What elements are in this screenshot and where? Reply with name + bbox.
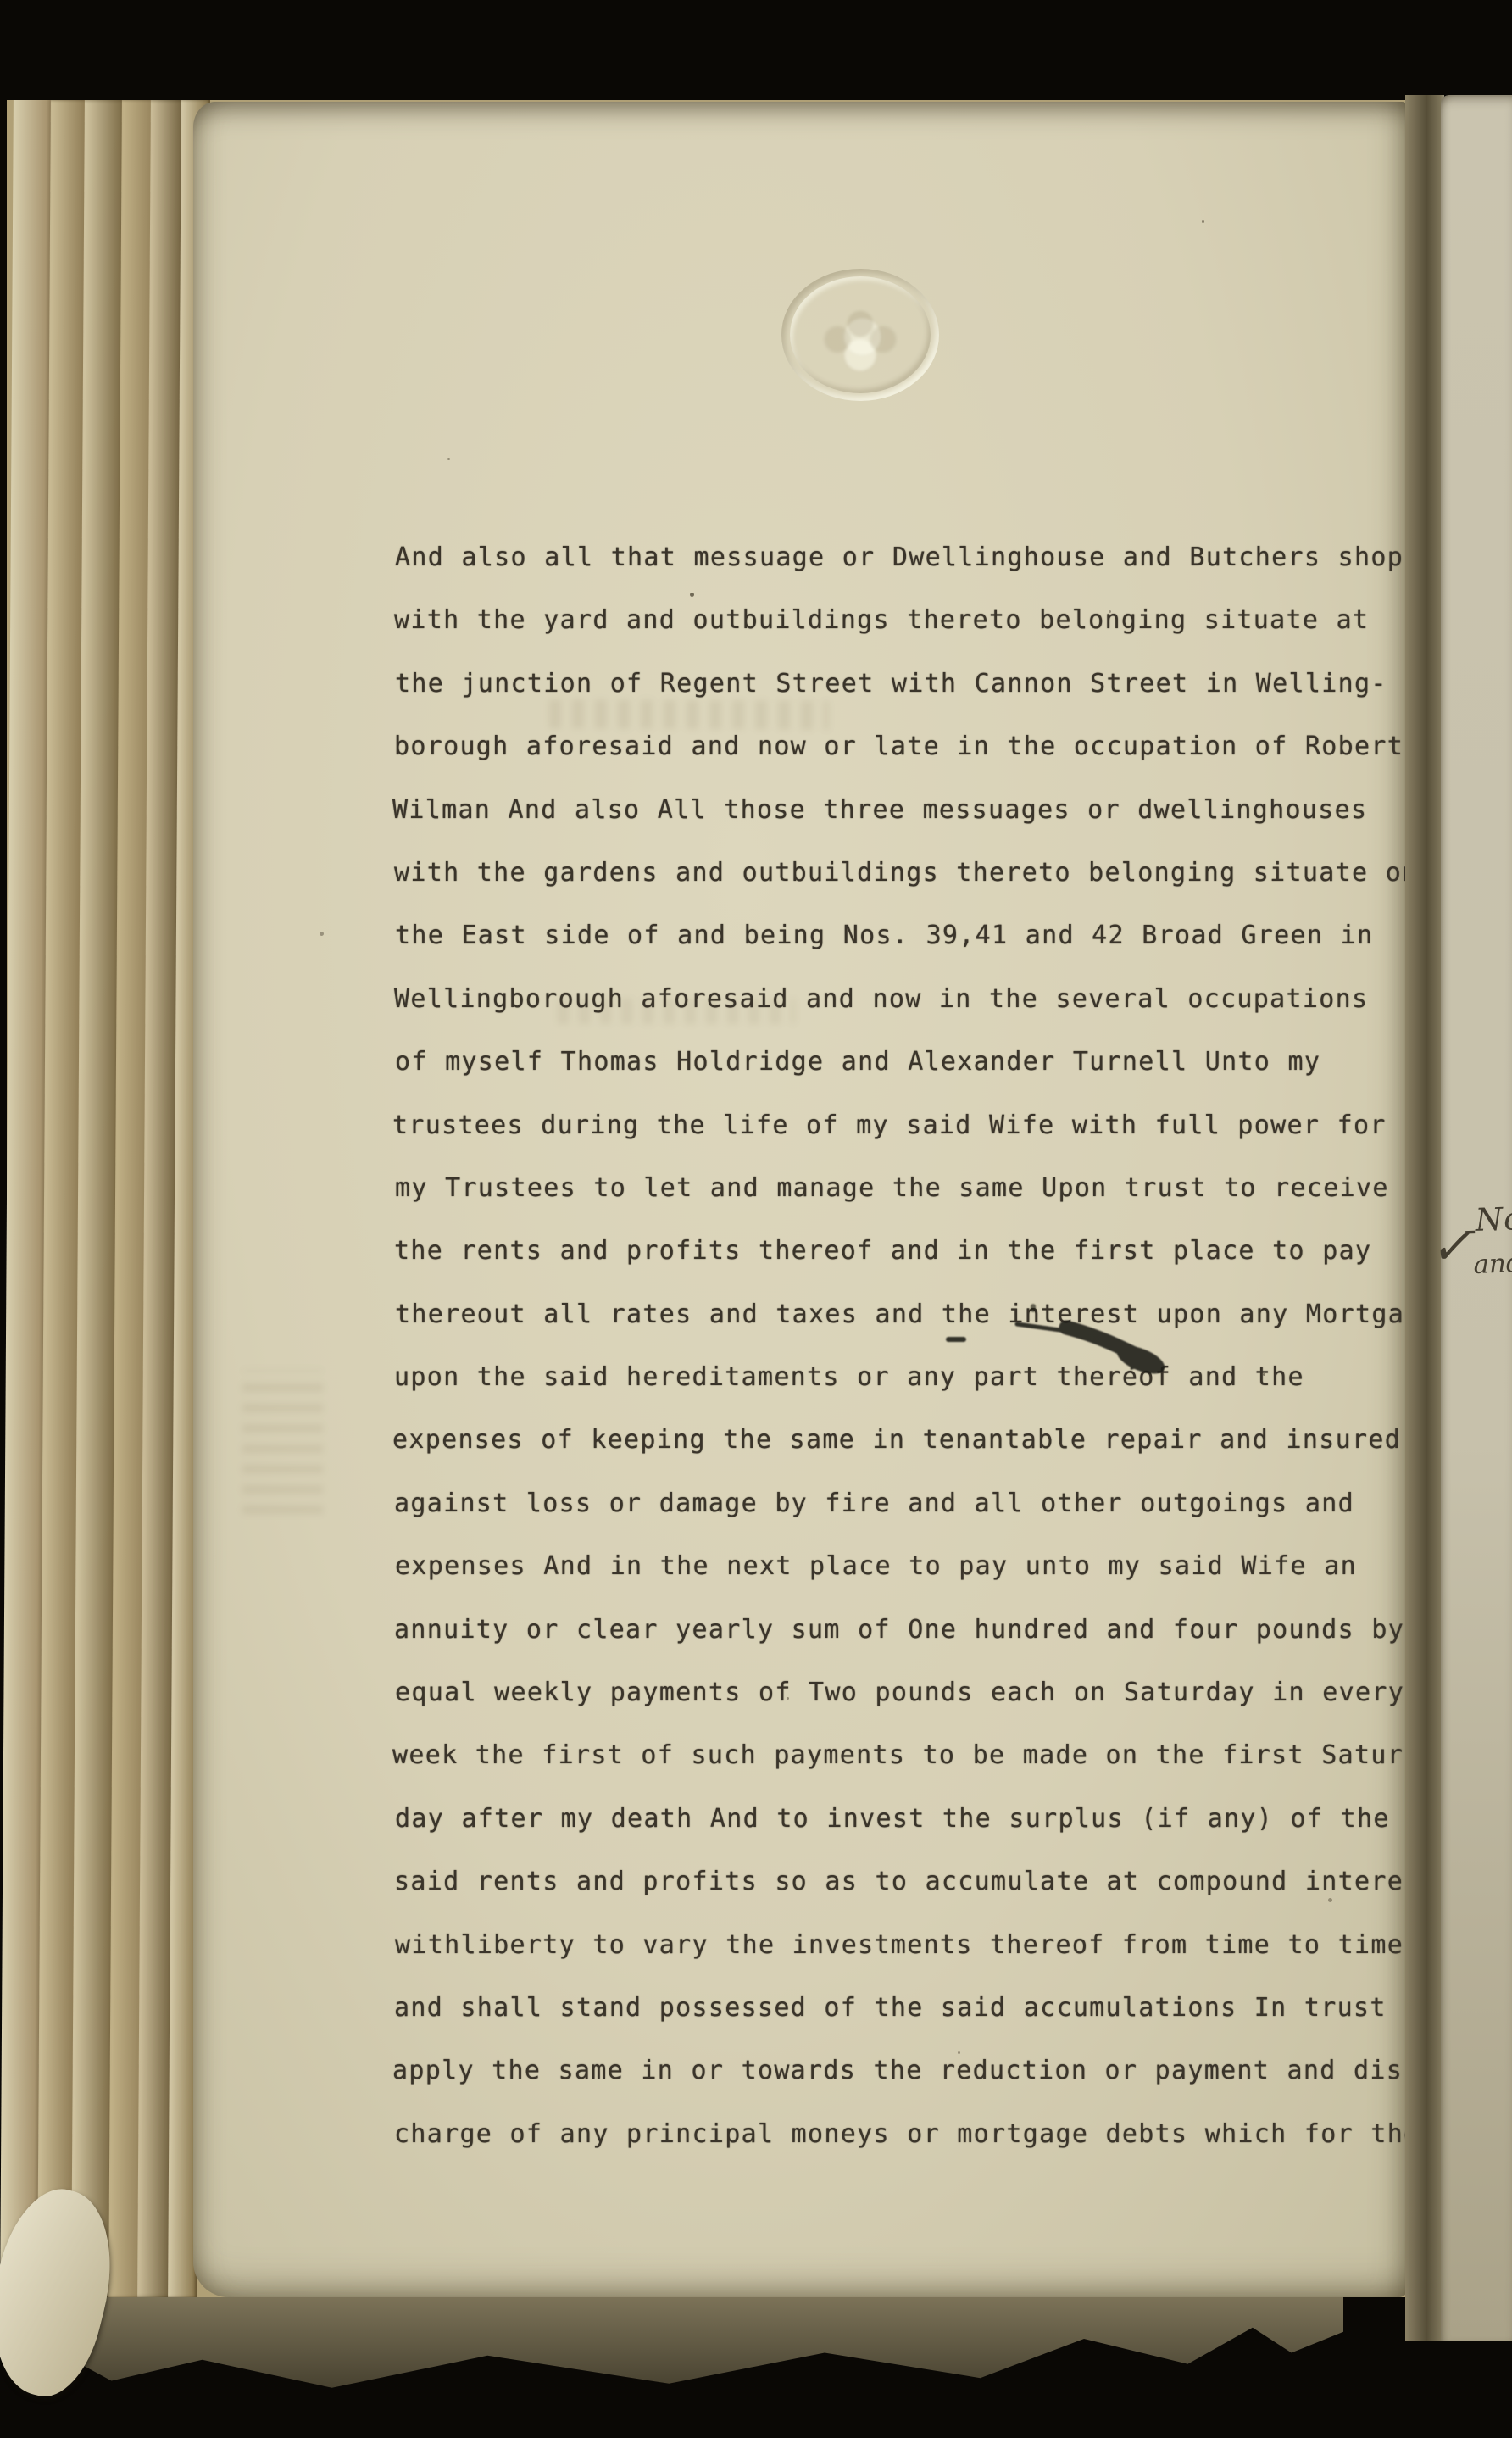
margin-annotation: ✓ - Nos and (1431, 1195, 1512, 1310)
typed-line: expenses And in the next place to pay un… (395, 1535, 1409, 1598)
typed-line: with the yard and outbuildings thereto b… (394, 589, 1409, 652)
typed-line: borough aforesaid and now or late in the… (394, 715, 1409, 778)
typed-line: week the first of such payments to be ma… (392, 1724, 1409, 1787)
typed-line: apply the same in or towards the reducti… (392, 2040, 1409, 2102)
typed-line: trustees during the life of my said Wife… (392, 1094, 1409, 1157)
embossed-crest-seal-icon (781, 269, 939, 401)
typed-line: Wellingborough aforesaid and now in the … (394, 968, 1409, 1031)
ink-smudge (939, 1287, 1210, 1405)
margin-note-word: Nos (1475, 1200, 1512, 1238)
typed-line: day after my death And to invest the sur… (395, 1788, 1409, 1851)
typed-line: Wilman And also All those three messuage… (392, 779, 1409, 842)
typed-line: said rents and profits so as to accumula… (394, 1851, 1409, 1913)
margin-note-word: and (1473, 1248, 1512, 1280)
typed-line: my Trustees to let and manage the same U… (395, 1157, 1409, 1220)
typed-line: with the gardens and outbuildings theret… (394, 842, 1409, 905)
typed-line: and shall stand possessed of the said ac… (394, 1977, 1409, 2040)
typed-line: expenses of keeping the same in tenantab… (392, 1409, 1409, 1472)
typed-line: And also all that messuage or Dwellingho… (395, 526, 1409, 589)
scanned-document-photo: { "page": { "colors": { "background": "#… (0, 0, 1512, 2438)
typed-line: the rents and profits thereof and in the… (394, 1220, 1409, 1283)
typed-line: against loss or damage by fire and all o… (394, 1472, 1409, 1535)
typed-line: the East side of and being Nos. 39,41 an… (395, 905, 1409, 967)
typed-line: withliberty to vary the investments ther… (395, 1914, 1409, 1977)
typed-text-block: And also all that messuage or Dwellingho… (394, 526, 1409, 2166)
typed-line: the junction of Regent Street with Canno… (395, 653, 1409, 715)
typed-line: equal weekly payments of Two pounds each… (395, 1662, 1409, 1724)
typed-line: charge of any principal moneys or mortga… (394, 2103, 1409, 2166)
typed-line: upon the said hereditaments or any part … (394, 1346, 1409, 1409)
document-page: And also all that messuage or Dwellingho… (193, 102, 1409, 2297)
show-through-mark (242, 1370, 323, 1514)
typed-line: of myself Thomas Holdridge and Alexander… (395, 1031, 1409, 1094)
typed-line: annuity or clear yearly sum of One hundr… (394, 1599, 1409, 1662)
typed-line: thereout all rates and taxes and the int… (395, 1283, 1409, 1346)
paper-specks (193, 102, 196, 104)
